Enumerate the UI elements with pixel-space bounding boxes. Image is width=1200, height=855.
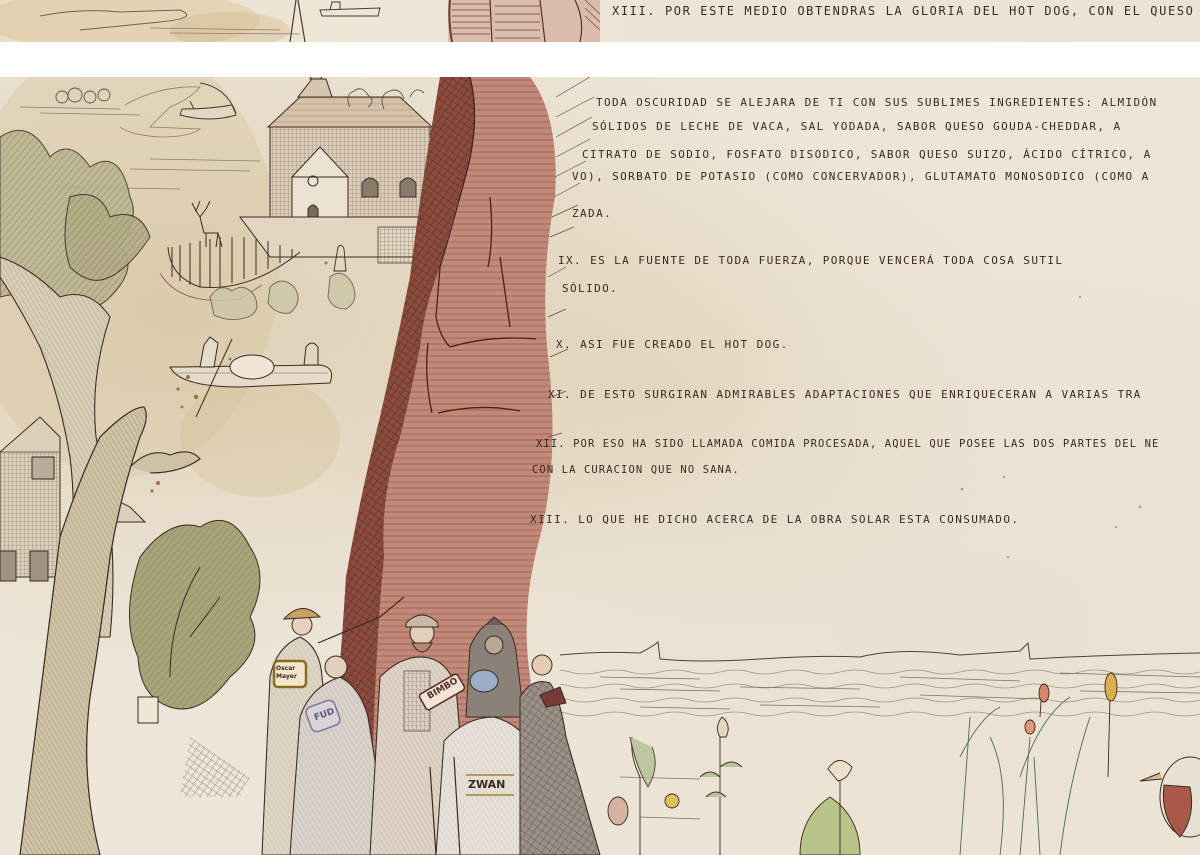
lake-water bbox=[560, 642, 1200, 819]
verse-x: X. ASI FUE CREADO EL HOT DOG. bbox=[556, 338, 789, 351]
verse-xi: XI. DE ESTO SURGIRAN ADMIRABLES ADAPTACI… bbox=[548, 388, 1142, 401]
badge-zwan: ZWAN bbox=[468, 778, 505, 791]
verse-xii-line-1: XII. POR ESO HA SIDO LLAMADA COMIDA PROC… bbox=[536, 438, 1159, 450]
top-strip-verse: XIII. POR ESTE MEDIO OBTENDRAS LA GLORIA… bbox=[612, 4, 1194, 18]
foliage-bush bbox=[129, 520, 260, 797]
verse-ix-line-1: IX. ES LA FUENTE DE TODA FUERZA, PORQUE … bbox=[558, 254, 1063, 267]
church-with-steeple bbox=[240, 77, 432, 263]
verse-intro-line-1: TODA OSCURIDAD SE ALEJARA DE TI CON SUS … bbox=[596, 96, 1158, 109]
verse-xii-line-2: CON LA CURACION QUE NO SANA. bbox=[532, 464, 740, 476]
page-gap bbox=[0, 42, 1200, 77]
verse-intro-line-4: VO), SORBATO DE POTASIO (COMO CONCERVADO… bbox=[572, 170, 1150, 183]
badge-oscar-mayer: Oscar Mayer bbox=[276, 665, 306, 681]
verse-intro-line-5: ZADA. bbox=[572, 207, 612, 220]
verse-intro-line-3: CITRATO DE SODIO, FOSFATO DISODICO, SABO… bbox=[582, 148, 1152, 161]
main-artwork-page: TODA OSCURIDAD SE ALEJARA DE TI CON SUS … bbox=[0, 77, 1200, 855]
verse-ix-line-2: SÓLIDO. bbox=[562, 282, 618, 295]
verse-intro-line-2: SÓLIDOS DE LECHE DE VACA, SAL YODADA, SA… bbox=[592, 120, 1122, 133]
group-of-robed-men bbox=[262, 597, 600, 855]
bird bbox=[1140, 757, 1200, 837]
top-paper-strip: XIII. POR ESTE MEDIO OBTENDRAS LA GLORIA… bbox=[0, 0, 1200, 42]
verse-xiii: XIII. LO QUE HE DICHO ACERCA DE LA OBRA … bbox=[530, 513, 1019, 526]
